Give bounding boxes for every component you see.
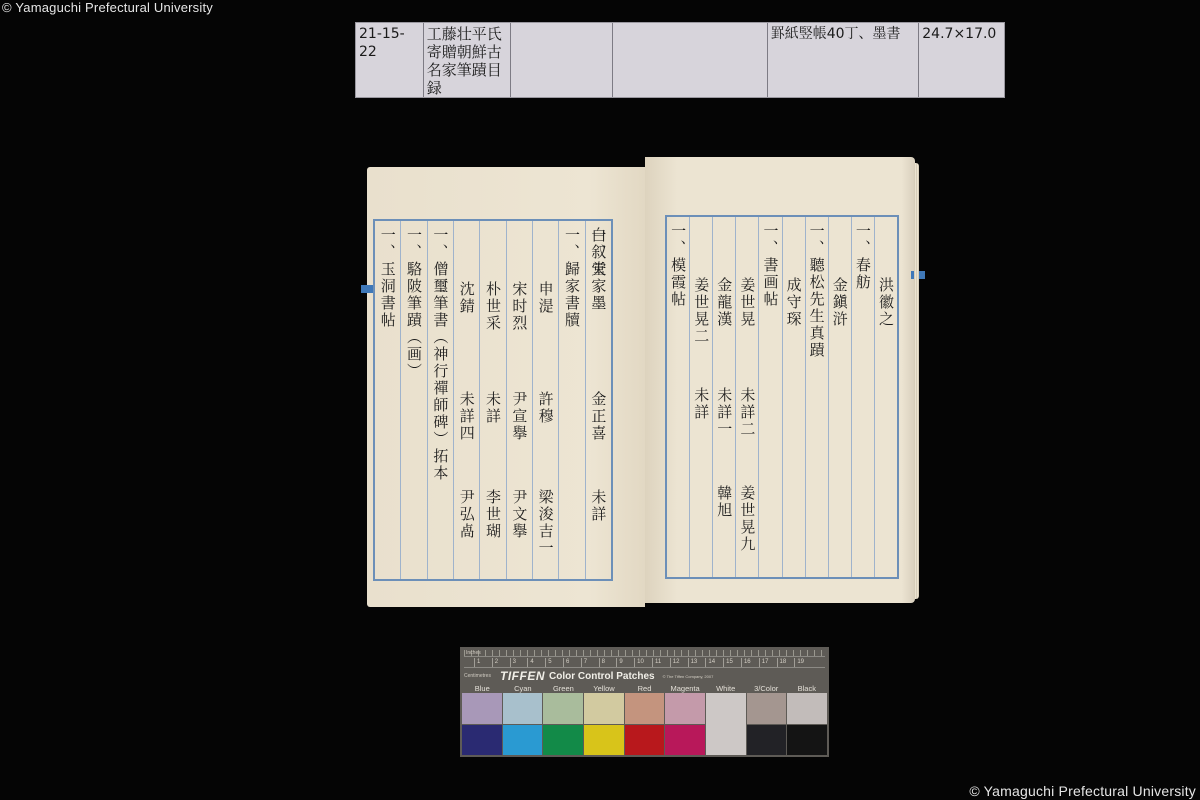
entry-name: 朴世采	[484, 281, 502, 332]
cm-tick: 2	[492, 658, 510, 667]
entry-name: 成守琛	[785, 277, 803, 328]
tiffen-logo: TIFFEN	[500, 669, 545, 683]
entry-heading: 一、僧璽筆書（神行禪師碑）拓本	[431, 227, 449, 482]
patch-label: White	[705, 684, 746, 693]
entry-name: 白叙堂	[589, 227, 607, 278]
patch-label: Magenta	[665, 684, 706, 693]
color-patch-dark	[665, 725, 705, 756]
right-page: 洪徽之一、春舫金鎭浒一、聽松先生真蹟成守琛一、書画帖姜世晃未詳二姜世晃九金龍漢未…	[645, 157, 915, 603]
patch-label: Blue	[462, 684, 503, 693]
entry-name: 未詳二	[738, 387, 756, 438]
color-patch-dark	[543, 725, 583, 756]
entry-name: 尹宣擧	[510, 391, 528, 442]
manuscript-column: 一、春舫	[851, 217, 874, 577]
entry-name: 姜世晃二	[692, 277, 710, 345]
entry-heading: 一、玉洞書帖	[379, 227, 397, 329]
entry-heading: 一、聽松先生真蹟	[808, 223, 826, 359]
entry-name: 金正喜	[589, 391, 607, 442]
manuscript-column: 金鎭浒	[828, 217, 851, 577]
catalog-dimensions: 24.7×17.0	[919, 23, 1004, 97]
entry-heading: 一、模霞帖	[669, 223, 687, 308]
color-patch-dark	[625, 725, 665, 756]
ruler: Inches 12345678910111213141516171819	[464, 650, 825, 668]
blue-tab-marker	[911, 271, 925, 279]
color-patch-dark	[787, 725, 827, 756]
patch-label: 3/Color	[746, 684, 787, 693]
catalog-id: 21-15-22	[356, 23, 424, 97]
color-patch-light	[747, 693, 787, 724]
color-patch-light	[503, 693, 543, 724]
entry-name: 未詳四	[458, 391, 476, 442]
inch-scale	[464, 650, 825, 657]
patch-label: Black	[787, 684, 828, 693]
cm-tick: 16	[741, 658, 759, 667]
cm-tick: 17	[759, 658, 777, 667]
manuscript-column: 成守琛	[782, 217, 805, 577]
entry-heading: 一、歸家書牘	[563, 227, 581, 329]
entry-name: 姜世晃九	[738, 485, 756, 553]
cm-tick: 4	[527, 658, 545, 667]
cm-tick: 6	[563, 658, 581, 667]
cm-tick: 9	[616, 658, 634, 667]
chart-copyright: © The Tiffen Company, 2007	[663, 674, 714, 679]
cm-tick: 5	[545, 658, 563, 667]
manuscript-column: 沈錆未詳四尹弘卨	[453, 221, 479, 579]
cm-tick: 11	[652, 658, 670, 667]
color-patch-light	[462, 693, 502, 724]
cm-tick: 1	[474, 658, 492, 667]
patch-label: Red	[624, 684, 665, 693]
cm-tick: 10	[634, 658, 652, 667]
entry-name: 未詳	[484, 391, 502, 425]
color-patch-light	[584, 693, 624, 724]
catalog-format: 罫紙竪帳40丁、墨書	[768, 23, 920, 97]
entry-name: 洪徽之	[877, 277, 895, 328]
entry-name: 尹文擧	[510, 489, 528, 540]
manuscript-column: 申湜許穆梁浚吉一	[532, 221, 558, 579]
color-patch-light	[706, 693, 746, 755]
chart-header: TIFFEN Color Control Patches © The Tiffe…	[468, 669, 825, 683]
cm-tick: 14	[705, 658, 723, 667]
entry-heading: 一、春舫	[854, 223, 872, 291]
entry-name: 尹弘卨	[458, 489, 476, 540]
entry-name: 金鎭浒	[831, 277, 849, 328]
entry-heading: 一、駱陂筆蹟（画）	[405, 227, 423, 380]
manuscript-column: 一、駱陂筆蹟（画）	[400, 221, 426, 579]
entry-name: 許穆	[537, 391, 555, 425]
chart-title: Color Control Patches	[549, 671, 655, 682]
cm-tick: 18	[777, 658, 795, 667]
manuscript-column: 一、歸家書牘	[558, 221, 584, 579]
manuscript-column: 一、天家墨金正喜未詳白叙堂	[585, 221, 611, 579]
entry-name: 韓旭	[715, 485, 733, 519]
patch-label: Green	[543, 684, 584, 693]
entry-name: 梁浚吉一	[537, 489, 555, 557]
catalog-record-row: 21-15-22 工藤壮平氏寄贈朝鮮古名家筆蹟目録 罫紙竪帳40丁、墨書 24.…	[355, 22, 1005, 98]
color-patch-dark	[584, 725, 624, 756]
color-patch-dark	[503, 725, 543, 756]
manuscript-column: 朴世采未詳李世瑚	[479, 221, 505, 579]
color-patch-dark	[462, 725, 502, 756]
open-manuscript-book: 一、天家墨金正喜未詳白叙堂一、歸家書牘申湜許穆梁浚吉一宋时烈尹宣擧尹文擧朴世采未…	[367, 155, 917, 613]
patch-labels: BlueCyanGreenYellowRedMagentaWhite3/Colo…	[462, 684, 827, 693]
cm-tick: 3	[510, 658, 528, 667]
manuscript-column: 金龍漢未詳一韓旭	[712, 217, 735, 577]
manuscript-column: 姜世晃未詳二姜世晃九	[735, 217, 758, 577]
cm-tick: 8	[599, 658, 617, 667]
catalog-empty-cell-a	[511, 23, 614, 97]
tiffen-color-chart: Inches 12345678910111213141516171819 Cen…	[460, 647, 829, 757]
entry-name: 宋时烈	[510, 281, 528, 332]
entry-name: 未詳	[692, 387, 710, 421]
patch-label: Cyan	[503, 684, 544, 693]
ruled-frame-left: 一、天家墨金正喜未詳白叙堂一、歸家書牘申湜許穆梁浚吉一宋时烈尹宣擧尹文擧朴世采未…	[373, 219, 613, 581]
patch-label: Yellow	[584, 684, 625, 693]
entry-name: 金龍漢	[715, 277, 733, 328]
entry-name: 沈錆	[458, 281, 476, 315]
cm-tick: 7	[581, 658, 599, 667]
color-patches	[462, 693, 827, 755]
manuscript-column: 一、模霞帖	[667, 217, 689, 577]
entry-name: 未詳一	[715, 387, 733, 438]
entry-name: 姜世晃	[738, 277, 756, 328]
color-patch-light	[665, 693, 705, 724]
entry-name: 未詳	[589, 489, 607, 523]
catalog-empty-cell-b	[613, 23, 768, 97]
entry-heading: 一、書画帖	[761, 223, 779, 308]
cm-tick: 19	[794, 658, 812, 667]
color-patch-light	[543, 693, 583, 724]
manuscript-column: 宋时烈尹宣擧尹文擧	[506, 221, 532, 579]
cm-tick: 13	[688, 658, 706, 667]
copyright-credit-bottom: © Yamaguchi Prefectural University	[969, 783, 1196, 799]
color-patch-light	[625, 693, 665, 724]
manuscript-column: 姜世晃二未詳	[689, 217, 712, 577]
manuscript-column: 一、僧璽筆書（神行禪師碑）拓本	[427, 221, 453, 579]
manuscript-column: 洪徽之	[874, 217, 897, 577]
inches-label: Inches	[466, 650, 481, 656]
manuscript-column: 一、玉洞書帖	[375, 221, 400, 579]
entry-name: 李世瑚	[484, 489, 502, 540]
manuscript-column: 一、聽松先生真蹟	[805, 217, 828, 577]
catalog-title: 工藤壮平氏寄贈朝鮮古名家筆蹟目録	[424, 23, 511, 97]
color-patch-light	[787, 693, 827, 724]
color-patch-dark	[747, 725, 787, 756]
manuscript-column: 一、書画帖	[758, 217, 781, 577]
ruled-frame-right: 洪徽之一、春舫金鎭浒一、聽松先生真蹟成守琛一、書画帖姜世晃未詳二姜世晃九金龍漢未…	[665, 215, 899, 579]
centimetre-scale: 12345678910111213141516171819	[474, 658, 825, 667]
cm-tick: 15	[723, 658, 741, 667]
left-page: 一、天家墨金正喜未詳白叙堂一、歸家書牘申湜許穆梁浚吉一宋时烈尹宣擧尹文擧朴世采未…	[367, 167, 645, 607]
cm-tick: 12	[670, 658, 688, 667]
entry-name: 申湜	[537, 281, 555, 315]
copyright-credit-top: © Yamaguchi Prefectural University	[2, 0, 213, 15]
